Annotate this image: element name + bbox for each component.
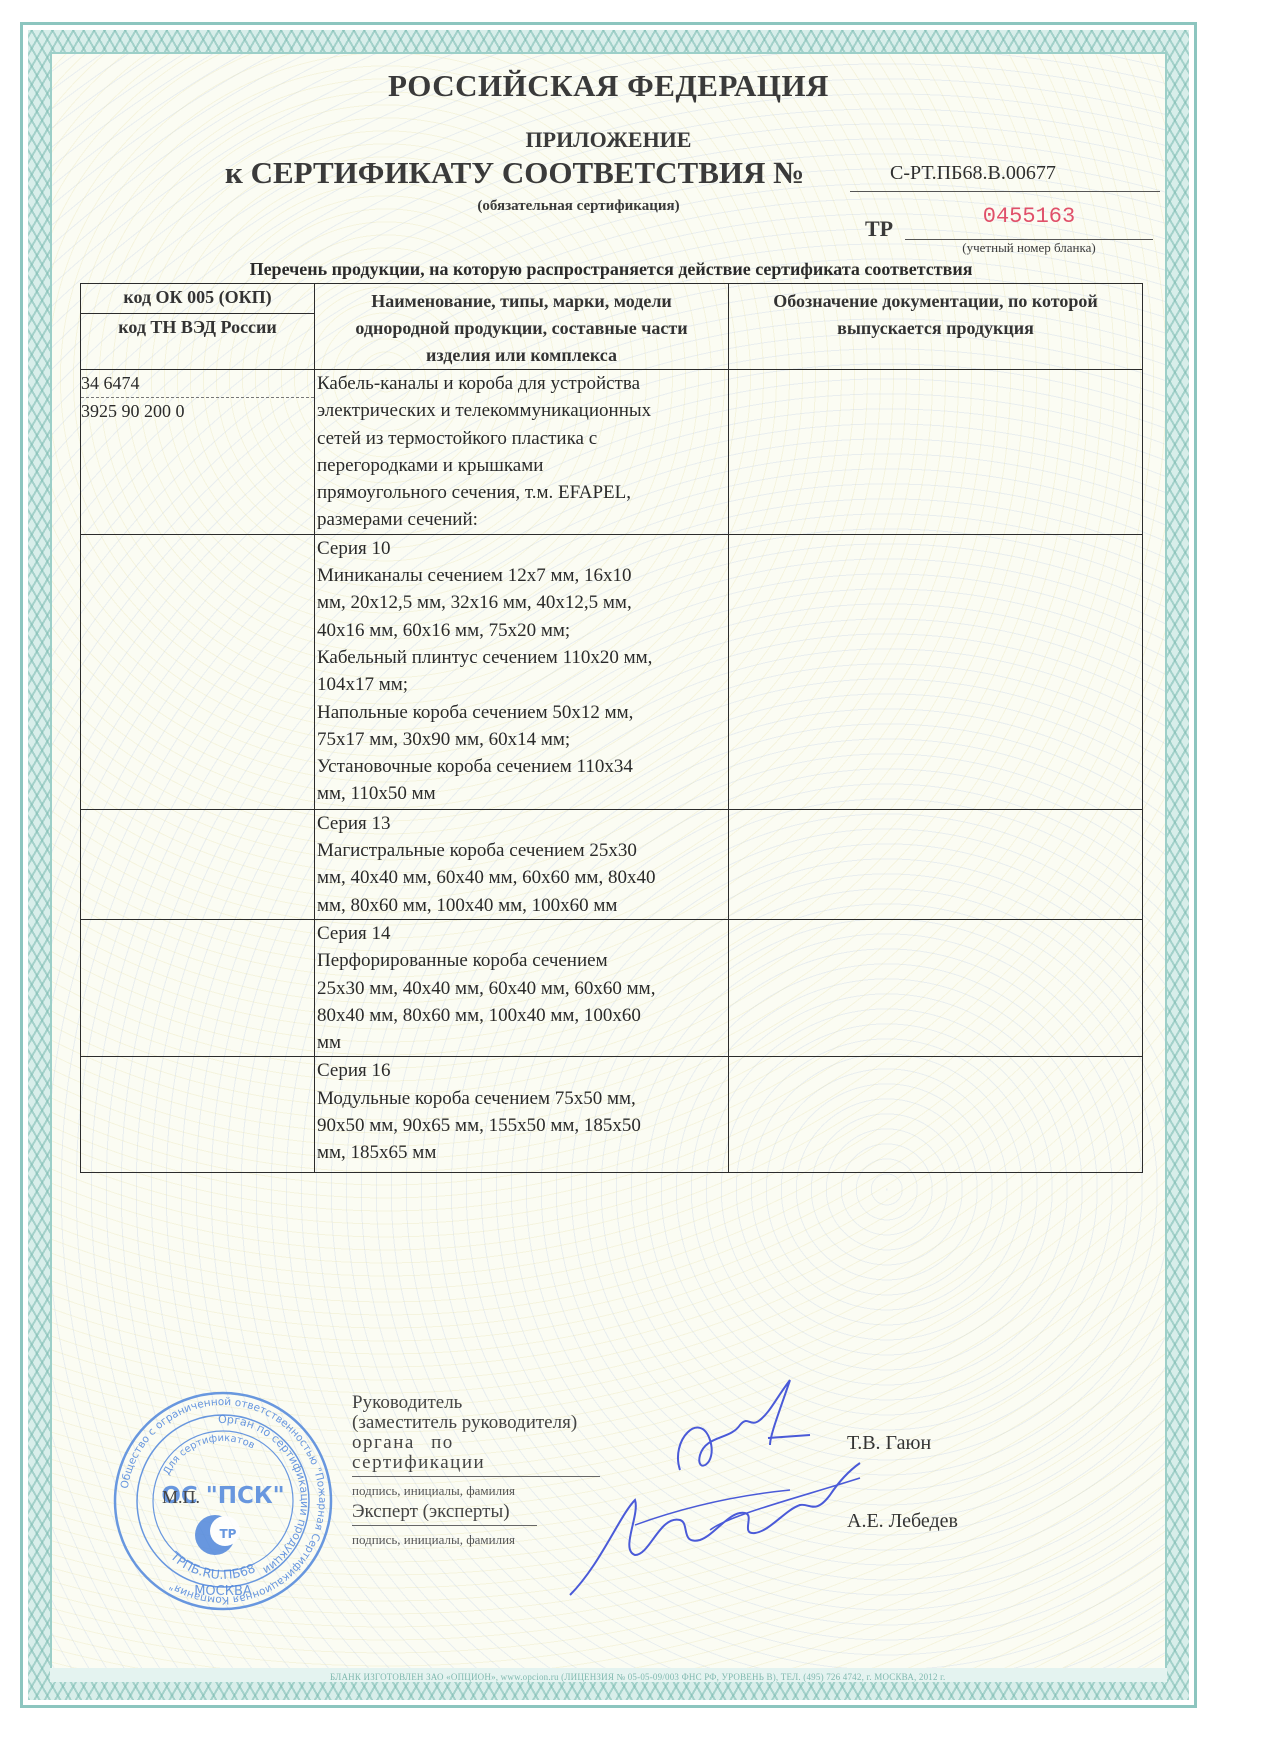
table-header-row: код ОК 005 (ОКП) Наименование, типы, мар… — [81, 284, 1143, 314]
description-line: перегородками и крышками — [317, 452, 728, 479]
appendix-title: ПРИЛОЖЕНИЕ — [0, 127, 1217, 153]
series-title: Серия 16 — [317, 1057, 728, 1084]
country-title: РОССИЙСКАЯ ФЕДЕРАЦИЯ — [0, 68, 1217, 104]
certificate-title: к СЕРТИФИКАТУ СООТВЕТСТВИЯ № — [225, 155, 804, 191]
description-line: Установочные короба сечением 110x34 — [317, 753, 728, 780]
description-line: мм, 185x65 мм — [317, 1139, 728, 1166]
svg-text:Для сертификатов: Для сертификатов — [162, 1433, 257, 1477]
description-line: мм, 80x60 мм, 100x40 мм, 100x60 мм — [317, 892, 728, 919]
documentation-cell — [729, 534, 1143, 809]
code-cell — [81, 919, 315, 1056]
series-title: Серия 13 — [317, 810, 728, 837]
series-title: Серия 14 — [317, 920, 728, 947]
product-description-cell: Кабель-каналы и короба для устройстваэле… — [315, 370, 729, 535]
product-description-cell: Серия 14Перфорированные короба сечением2… — [315, 919, 729, 1056]
stamp-mark: ТР — [220, 1527, 237, 1541]
product-list-title: Перечень продукции, на которую распростр… — [80, 259, 1142, 280]
description-line: 40x16 мм, 60x16 мм, 75x20 мм; — [317, 617, 728, 644]
seal-place-label: М.П. — [162, 1487, 200, 1508]
description-line: мм, 40x40 мм, 60x40 мм, 60x60 мм, 80x40 — [317, 864, 728, 891]
form-number: 0455163 — [905, 204, 1153, 240]
head-role-line-1: Руководитель — [352, 1393, 600, 1413]
description-line: мм, 20x12,5 мм, 32x16 мм, 40x12,5 мм, — [317, 589, 728, 616]
documentation-cell — [729, 1057, 1143, 1173]
header-documentation: Обозначение документации, по которой вып… — [729, 284, 1143, 370]
series-title: Серия 10 — [317, 535, 728, 562]
documentation-cell — [729, 809, 1143, 919]
product-table: код ОК 005 (ОКП) Наименование, типы, мар… — [80, 283, 1143, 1173]
description-line: 90x50 мм, 90x65 мм, 155x50 мм, 185x50 — [317, 1112, 728, 1139]
documentation-cell — [729, 370, 1143, 535]
product-description-cell: Серия 13Магистральные короба сечением 25… — [315, 809, 729, 919]
header-product-name: Наименование, типы, марки, модели одноро… — [315, 284, 729, 370]
form-number-caption: (учетный номер бланка) — [905, 240, 1153, 256]
code-tnved: 3925 90 200 0 — [81, 398, 314, 425]
table-row: 34 64743925 90 200 0Кабель-каналы и коро… — [81, 370, 1143, 535]
header-code-tnved: код ТН ВЭД России — [81, 313, 315, 369]
stamp-inner-text: Для сертификатов — [162, 1433, 257, 1477]
code-cell: 34 64743925 90 200 0 — [81, 370, 315, 535]
description-line: размерами сечений: — [317, 506, 728, 533]
certification-body-stamp: Общество с ограниченной ответственностью… — [112, 1390, 334, 1612]
table-row: Серия 14Перфорированные короба сечением2… — [81, 919, 1143, 1056]
form-series-label: ТР — [865, 216, 893, 242]
description-line: сетей из термостойкого пластика с — [317, 425, 728, 452]
description-line: 25x30 мм, 40x40 мм, 60x40 мм, 60x60 мм, — [317, 975, 728, 1002]
code-cell — [81, 1057, 315, 1173]
description-line: Напольные короба сечением 50x12 мм, — [317, 699, 728, 726]
code-cell — [81, 809, 315, 919]
documentation-cell — [729, 919, 1143, 1056]
form-imprint: БЛАНК ИЗГОТОВЛЕН ЗАО «ОПЦИОН», www.opcio… — [330, 1672, 946, 1682]
description-line: 104x17 мм; — [317, 671, 728, 698]
expert-role: Эксперт (эксперты) — [352, 1502, 537, 1522]
certification-type-text: (обязательная сертификация) — [477, 198, 679, 215]
code-okp: 34 6474 — [81, 370, 314, 398]
certificate-number: С-РТ.ПБ68.В.00677 — [850, 162, 1160, 192]
expert-signature-scribble — [540, 1455, 870, 1600]
description-line: Кабель-каналы и короба для устройства — [317, 370, 728, 397]
description-line: Миниканалы сечением 12x7 мм, 16x10 — [317, 562, 728, 589]
description-line: Перфорированные короба сечением — [317, 947, 728, 974]
description-line: Магистральные короба сечением 25x30 — [317, 837, 728, 864]
header-code-okp: код ОК 005 (ОКП) — [81, 284, 315, 314]
table-row: Серия 10Миниканалы сечением 12x7 мм, 16x… — [81, 534, 1143, 809]
expert-signature-block: Эксперт (эксперты) подпись, инициалы, фа… — [352, 1502, 537, 1550]
product-description-cell: Серия 10Миниканалы сечением 12x7 мм, 16x… — [315, 534, 729, 809]
product-description-cell: Серия 16Модульные короба сечением 75x50 … — [315, 1057, 729, 1173]
code-cell — [81, 534, 315, 809]
stamp-city: МОСКВА — [194, 1584, 252, 1599]
description-line: прямоугольного сечения, т.м. EFAPEL, — [317, 479, 728, 506]
expert-signature-caption: подпись, инициалы, фамилия — [352, 1530, 537, 1550]
table-row: Серия 16Модульные короба сечением 75x50 … — [81, 1057, 1143, 1173]
table-row: Серия 13Магистральные короба сечением 25… — [81, 809, 1143, 919]
description-line: 80x40 мм, 80x60 мм, 100x40 мм, 100x60 — [317, 1002, 728, 1029]
description-line: Кабельный плинтус сечением 110x20 мм, — [317, 644, 728, 671]
description-line: мм, 110x50 мм — [317, 780, 728, 807]
description-line: 75x17 мм, 30x90 мм, 60x14 мм; — [317, 726, 728, 753]
head-role-line-2: (заместитель руководителя) — [352, 1413, 600, 1433]
description-line: мм — [317, 1029, 728, 1056]
description-line: электрических и телекоммуникационных — [317, 397, 728, 424]
description-line: Модульные короба сечением 75x50 мм, — [317, 1085, 728, 1112]
